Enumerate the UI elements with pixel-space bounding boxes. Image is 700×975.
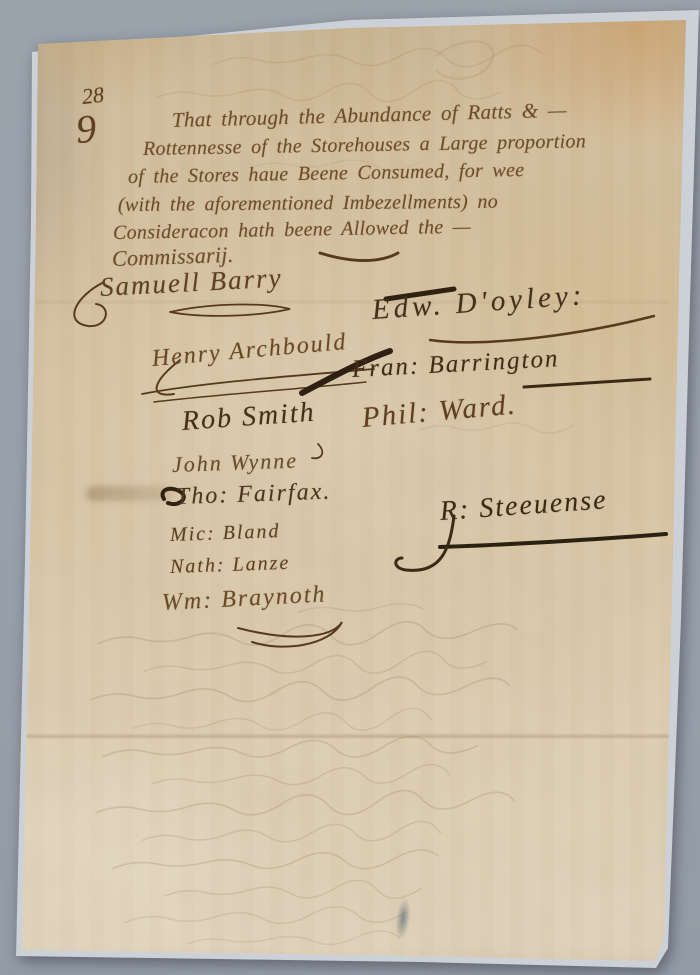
signature-r-steeuense: R: Steeuense: [439, 484, 609, 528]
fold-crease: [26, 734, 670, 740]
body-line-2: Rottennesse of the Storehouses a Large p…: [143, 130, 586, 161]
signature-nath-lanze: Nath: Lanze: [170, 552, 291, 579]
signature-rob-smith: Rob Smith: [181, 397, 317, 438]
body-line-4: (with the aforementioned Imbezellments) …: [118, 191, 498, 217]
signature-fran-barrington: Fran: Barrington: [351, 345, 560, 384]
signature-phil-ward: Phil: Ward.: [361, 389, 518, 435]
signature-tho-fairfax: Tho: Fairfax.: [176, 479, 332, 511]
signature-wm-braynoth: Wm: Braynoth: [161, 581, 327, 617]
edge-smudge: [12, 624, 23, 642]
signature-edw-doyley: Edw. D'oyley:: [371, 279, 587, 327]
body-line-3: of the Stores haue Beene Consumed, for w…: [128, 159, 525, 189]
signature-henry-archbould: Henry Archbould: [151, 329, 349, 373]
body-line-1: That through the Abundance of Ratts & —: [172, 98, 567, 133]
margin-number-9: 9: [74, 105, 97, 153]
signature-mic-bland: Mic: Bland: [170, 520, 281, 547]
ink-stain: [393, 897, 413, 941]
manuscript-sheet-stack: 28 9 That through the Abundance of Ratts…: [0, 0, 700, 975]
photo-mat: 28 9 That through the Abundance of Ratts…: [0, 0, 700, 975]
smudge: [86, 486, 174, 501]
manuscript-page: 28 9 That through the Abundance of Ratts…: [0, 0, 700, 975]
signature-john-wynne: John Wynne: [172, 448, 299, 478]
body-line-5: Consideracon hath beene Allowed the —: [113, 216, 471, 245]
